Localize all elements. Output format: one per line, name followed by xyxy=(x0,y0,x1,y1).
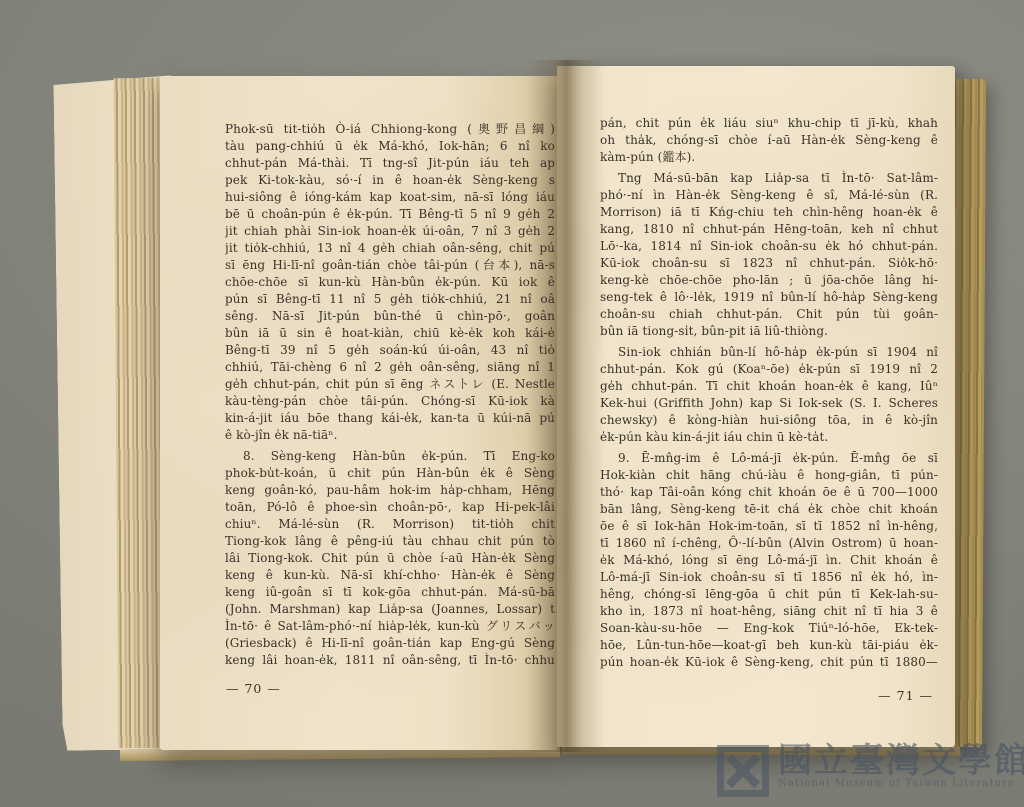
text-line: Phok-sū tit-tio̍h Ò-iá Chhiong-kong (奧野昌… xyxy=(225,121,555,138)
text-line: chōe-chōe sī kun-kù Hàn-bûn e̍k-pún. Kū … xyxy=(225,274,555,291)
text-line: chhut-pán. Kok gú (Koaⁿ-ōe) e̍k-pún sī 1… xyxy=(600,361,938,378)
text-line: chewsky) ê kòng-hiàn hui-siông tōa, in ê… xyxy=(600,412,938,429)
text-line: keng iû-goân sī tī kok-gōa chhut-pán. Má… xyxy=(225,584,555,601)
text-line: e̍k-pún kàu kin-á-jit iáu chin ū kè-ta̍t… xyxy=(600,429,938,446)
text-line: seng-tek ê lô·-le̍k, 1919 nî bûn-lí hô-h… xyxy=(600,289,938,306)
text-line: pún sī Bêng-tī 11 nî 5 ge̍h tio̍k-chhiú,… xyxy=(225,291,555,308)
text-line: Lō·-ka, 1814 nî Sin-iok choân-su e̍k hó … xyxy=(600,238,938,255)
text-line: phó·-ní ìn Hàn-e̍k Sèng-keng ê sî, Má-lé… xyxy=(600,187,938,204)
text-line: thó· kap Tâi-oân kóng chit khoán ōe ê ū … xyxy=(600,484,938,501)
right-page: pán, chit pún e̍k liáu siuⁿ khu-chip tī … xyxy=(557,66,955,747)
text-line: sī ēng Hi-lī-nî goân-tián chòe tâi-pún (… xyxy=(225,257,555,274)
text-line: hui-siông ê ióng-kám kap koat-sim, nā-sī… xyxy=(225,189,555,206)
text-line: 9. Ē-mn̂g-im ê Lô-má-jī e̍k-pún. Ē-mn̂g … xyxy=(600,450,938,467)
text-line: kho ìn, 1873 nî hoat-hêng, siāng chit nî… xyxy=(600,603,938,620)
text-line: ge̍h chhut-pán, chit pún sī ēng ネストレ (E.… xyxy=(225,376,555,393)
left-page: Phok-sū tit-tio̍h Ò-iá Chhiong-kong (奧野昌… xyxy=(160,76,557,750)
text-line: oh tha̍k, chóng-sī chòe í-aū Hàn-e̍k Sèn… xyxy=(600,132,938,149)
text-line: sêng. Nā-sī Jit-pún bûn-thé ū chìn-pō·, … xyxy=(225,308,555,325)
text-line: kang, 1810 nî chhut-pán Hēng-toān, keh n… xyxy=(600,221,938,238)
text-line: hêng, chóng-sī lēng-gōa ū chit pún tī Ke… xyxy=(600,586,938,603)
text-line: bān lâng, Sèng-keng tē-it chá e̍k chòe c… xyxy=(600,501,938,518)
text-line: pán, chit pún e̍k liáu siuⁿ khu-chip tī … xyxy=(600,115,938,132)
page-number-right: — 71 — xyxy=(878,688,933,703)
page-number-left: — 70 — xyxy=(226,681,281,696)
text-line: (John. Marshman) kap Lia̍p-sa (Joannes, … xyxy=(225,601,555,618)
text-line: Sin-iok chhián bûn-lí hô-ha̍p e̍k-pún sī… xyxy=(600,344,938,361)
text-line: lâi Tiong-kok. Chit pún ū chòe í-aū Hàn-… xyxy=(225,550,555,567)
text-line: tī 1860 nî í-chêng, Ô·-lí-bûn (Alvin Ost… xyxy=(600,535,938,552)
text-line: pek Ki-tok-kàu, só·-í in ê hoan-e̍k Sèng… xyxy=(225,172,555,189)
text-line: Kek-hui (Griffith John) kap Si Iok-sek (… xyxy=(600,395,938,412)
text-line: bûn iā tiong-si̍t, bûn-pit iā liû-thiòng… xyxy=(600,323,938,340)
left-page-text: Phok-sū tit-tio̍h Ò-iá Chhiong-kong (奧野昌… xyxy=(225,121,555,669)
text-line: bûn iā ū sin ê hoat-kiàn, chiū kè-e̍k ko… xyxy=(225,325,555,342)
text-line: kin-á-jit iáu bōe thang kái-e̍k, kan-ta … xyxy=(225,410,555,427)
text-line: chhiú, Tāi-chèng 6 nî 2 ge̍h oân-sêng, s… xyxy=(225,359,555,376)
text-line: jit chiah phài Sin-iok hoan-e̍k úi-oân, … xyxy=(225,223,555,240)
text-line: Tng Má-sū-bān kap Lia̍p-sa tī Ìn-tō· Sat… xyxy=(600,170,938,187)
text-line: choân-su chiah chhut-pán. Chit pún tùi g… xyxy=(600,306,938,323)
text-line: hōe, Lûn-tun-hōe—koat-gī beh kun-kù tāi-… xyxy=(600,637,938,654)
text-line: chiuⁿ. Má-lé-sùn (R. Morrison) tit-tio̍h… xyxy=(225,516,555,533)
text-line: keng ê kun-kù. Nā-sī khí-chho· Hàn-e̍k ê… xyxy=(225,567,555,584)
text-line: Kū-iok choân-su sī 1823 nî chhut-pán. Si… xyxy=(600,255,938,272)
text-line: e̍k Má-khó, lóng sī ēng Lô-má-jī ìn. Chi… xyxy=(600,552,938,569)
text-line: kàu-tèng-pán chòe tâi-pún. Chóng-sī Kū-i… xyxy=(225,393,555,410)
text-line: toān, Pó-lô ê phoe-sìn choân-pō·, kap Hi… xyxy=(225,499,555,516)
text-line: bē ū choân-pún ê e̍k-pún. Tī Bêng-tī 5 n… xyxy=(225,206,555,223)
text-line: ê kò-jîn e̍k nā-tiāⁿ. xyxy=(225,427,555,444)
text-line: Hok-kiàn chi̍t hāng chú-iàu ê hong-giân,… xyxy=(600,467,938,484)
text-line: keng goân-kó, pau-hâm hok-im ha̍p-chham,… xyxy=(225,482,555,499)
text-line: kàm-pún (鑑本). xyxy=(600,149,938,166)
text-line: jit tio̍k-chhiú, 13 nî 4 ge̍h chiah oân-… xyxy=(225,240,555,257)
text-line: Ìn-tō· ê Sat-lâm-phó·-ní hia̍p-le̍k, kun… xyxy=(225,618,555,635)
text-line: Tiong-kok lâng ê pêng-iú tàu chhau chit … xyxy=(225,533,555,550)
text-line: 8. Sèng-keng Hàn-bûn e̍k-pún. Tī Eng-ko xyxy=(225,448,555,465)
text-line: Bêng-tī 39 nî 5 ge̍h soán-kú úi-oân, 43 … xyxy=(225,342,555,359)
text-line: Lô-má-jī Sin-iok choân-su sī tī 1856 nî … xyxy=(600,569,938,586)
text-line: Soan-kàu-su-hōe — Eng-kok Tiúⁿ-ló-hōe, E… xyxy=(600,620,938,637)
text-line: (Griesback) ê Hi-lī-nî goân-tián kap Eng… xyxy=(225,635,555,652)
text-line: ōe ê sī Iok-hān Hok-im-toān, sī tī 1852 … xyxy=(600,518,938,535)
text-line: keng-kè chōe-chōe pho-lān ; ū jōa-chōe l… xyxy=(600,272,938,289)
right-page-text: pán, chit pún e̍k liáu siuⁿ khu-chip tī … xyxy=(600,115,938,671)
text-line: phok-bu̍t-koán, ū chit pún Hàn-bûn e̍k ê… xyxy=(225,465,555,482)
text-line: tàu pang-chhiú ū e̍k Má-khó, Iok-hān; 6 … xyxy=(225,138,555,155)
text-line: keng lâi hoan-e̍k, 1811 nî oân-sêng, tī … xyxy=(225,652,555,669)
text-line: chhut-pán Má-thài. Tī tng-sî Jit-pún iáu… xyxy=(225,155,555,172)
text-line: pún hoan-e̍k Kū-iok ê Sèng-keng, chit pú… xyxy=(600,654,938,671)
text-line: ge̍h chhut-pán. Tī chit khoán hoan-e̍k ê… xyxy=(600,378,938,395)
text-line: Morrison) iā tī Kńg-chiu teh chìn-hêng h… xyxy=(600,204,938,221)
